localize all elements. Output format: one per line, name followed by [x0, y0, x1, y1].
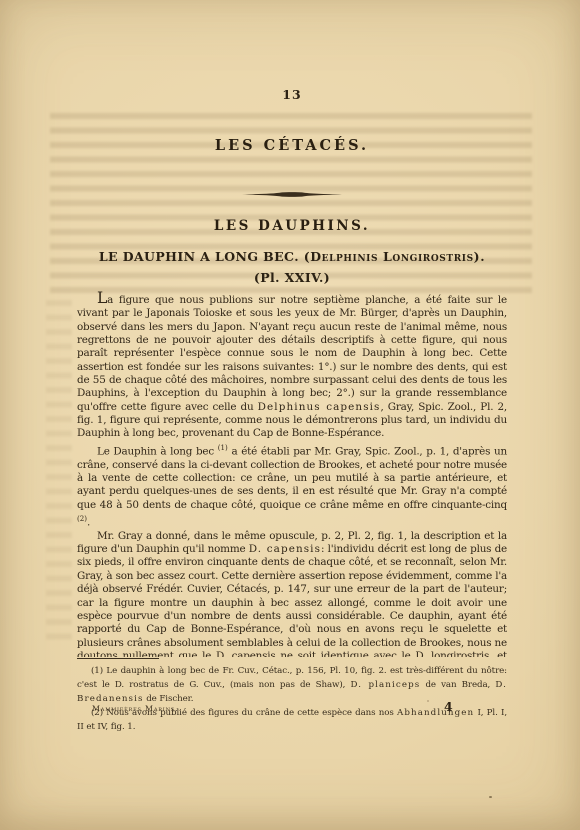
subsection-title: LES DAUPHINS.	[77, 218, 507, 234]
species-name: (Delphinis Longirostris).	[304, 249, 485, 264]
text-run: Abhandlungen	[397, 708, 474, 718]
section-title: LES CÉTACÉS.	[77, 137, 507, 154]
footnote-rule	[77, 658, 159, 659]
text-run: (1)	[218, 443, 228, 452]
text-run: de van Breda,	[420, 680, 495, 690]
text-run: D. capensis	[249, 543, 321, 555]
text-run: Le Dauphin à long bec	[97, 445, 218, 457]
body-text: La figure que nous publions sur notre se…	[77, 291, 507, 657]
divider	[77, 184, 507, 203]
paragraph-2: Le Dauphin à long bec (1) a été établi p…	[77, 441, 507, 530]
article-heading-main: LE DAUPHIN A LONG BEC.	[99, 249, 299, 264]
text-run: de Fischer.	[144, 694, 194, 704]
swelled-rule-icon	[242, 190, 342, 199]
text-run: D. planiceps	[351, 680, 421, 690]
text-run: L	[97, 291, 107, 307]
page-bleedthrough-margin	[46, 300, 72, 640]
signature-number: 4	[444, 699, 453, 714]
text-run: .	[87, 516, 90, 528]
page-number: 13	[77, 87, 507, 102]
text-run: Delphinus capensis	[258, 401, 381, 413]
text-run: : l'individu décrit est long de plus de …	[77, 543, 507, 657]
paragraph-3: Mr. Gray a donné, dans le même opuscule,…	[77, 530, 507, 657]
scanned-book-page: 13 LES CÉTACÉS. LES DAUPHINS. LE DAUPHIN…	[0, 0, 580, 830]
text-run: a figure que nous publions sur notre sep…	[77, 294, 507, 413]
footer-series-title: Mammifères Marins.	[92, 704, 178, 713]
article-heading: LE DAUPHIN A LONG BEC. (Delphinis Longir…	[77, 249, 507, 264]
paragraph-1: La figure que nous publions sur notre se…	[77, 291, 507, 441]
footnote-1: (1) Le dauphin à long bec de Fr. Cuv., C…	[77, 664, 507, 706]
footnotes: (1) Le dauphin à long bec de Fr. Cuv., C…	[77, 664, 507, 734]
ink-speck	[489, 796, 492, 798]
text-run: (2)	[77, 514, 87, 523]
plate-reference: (Pl. XXIV.)	[77, 270, 507, 285]
